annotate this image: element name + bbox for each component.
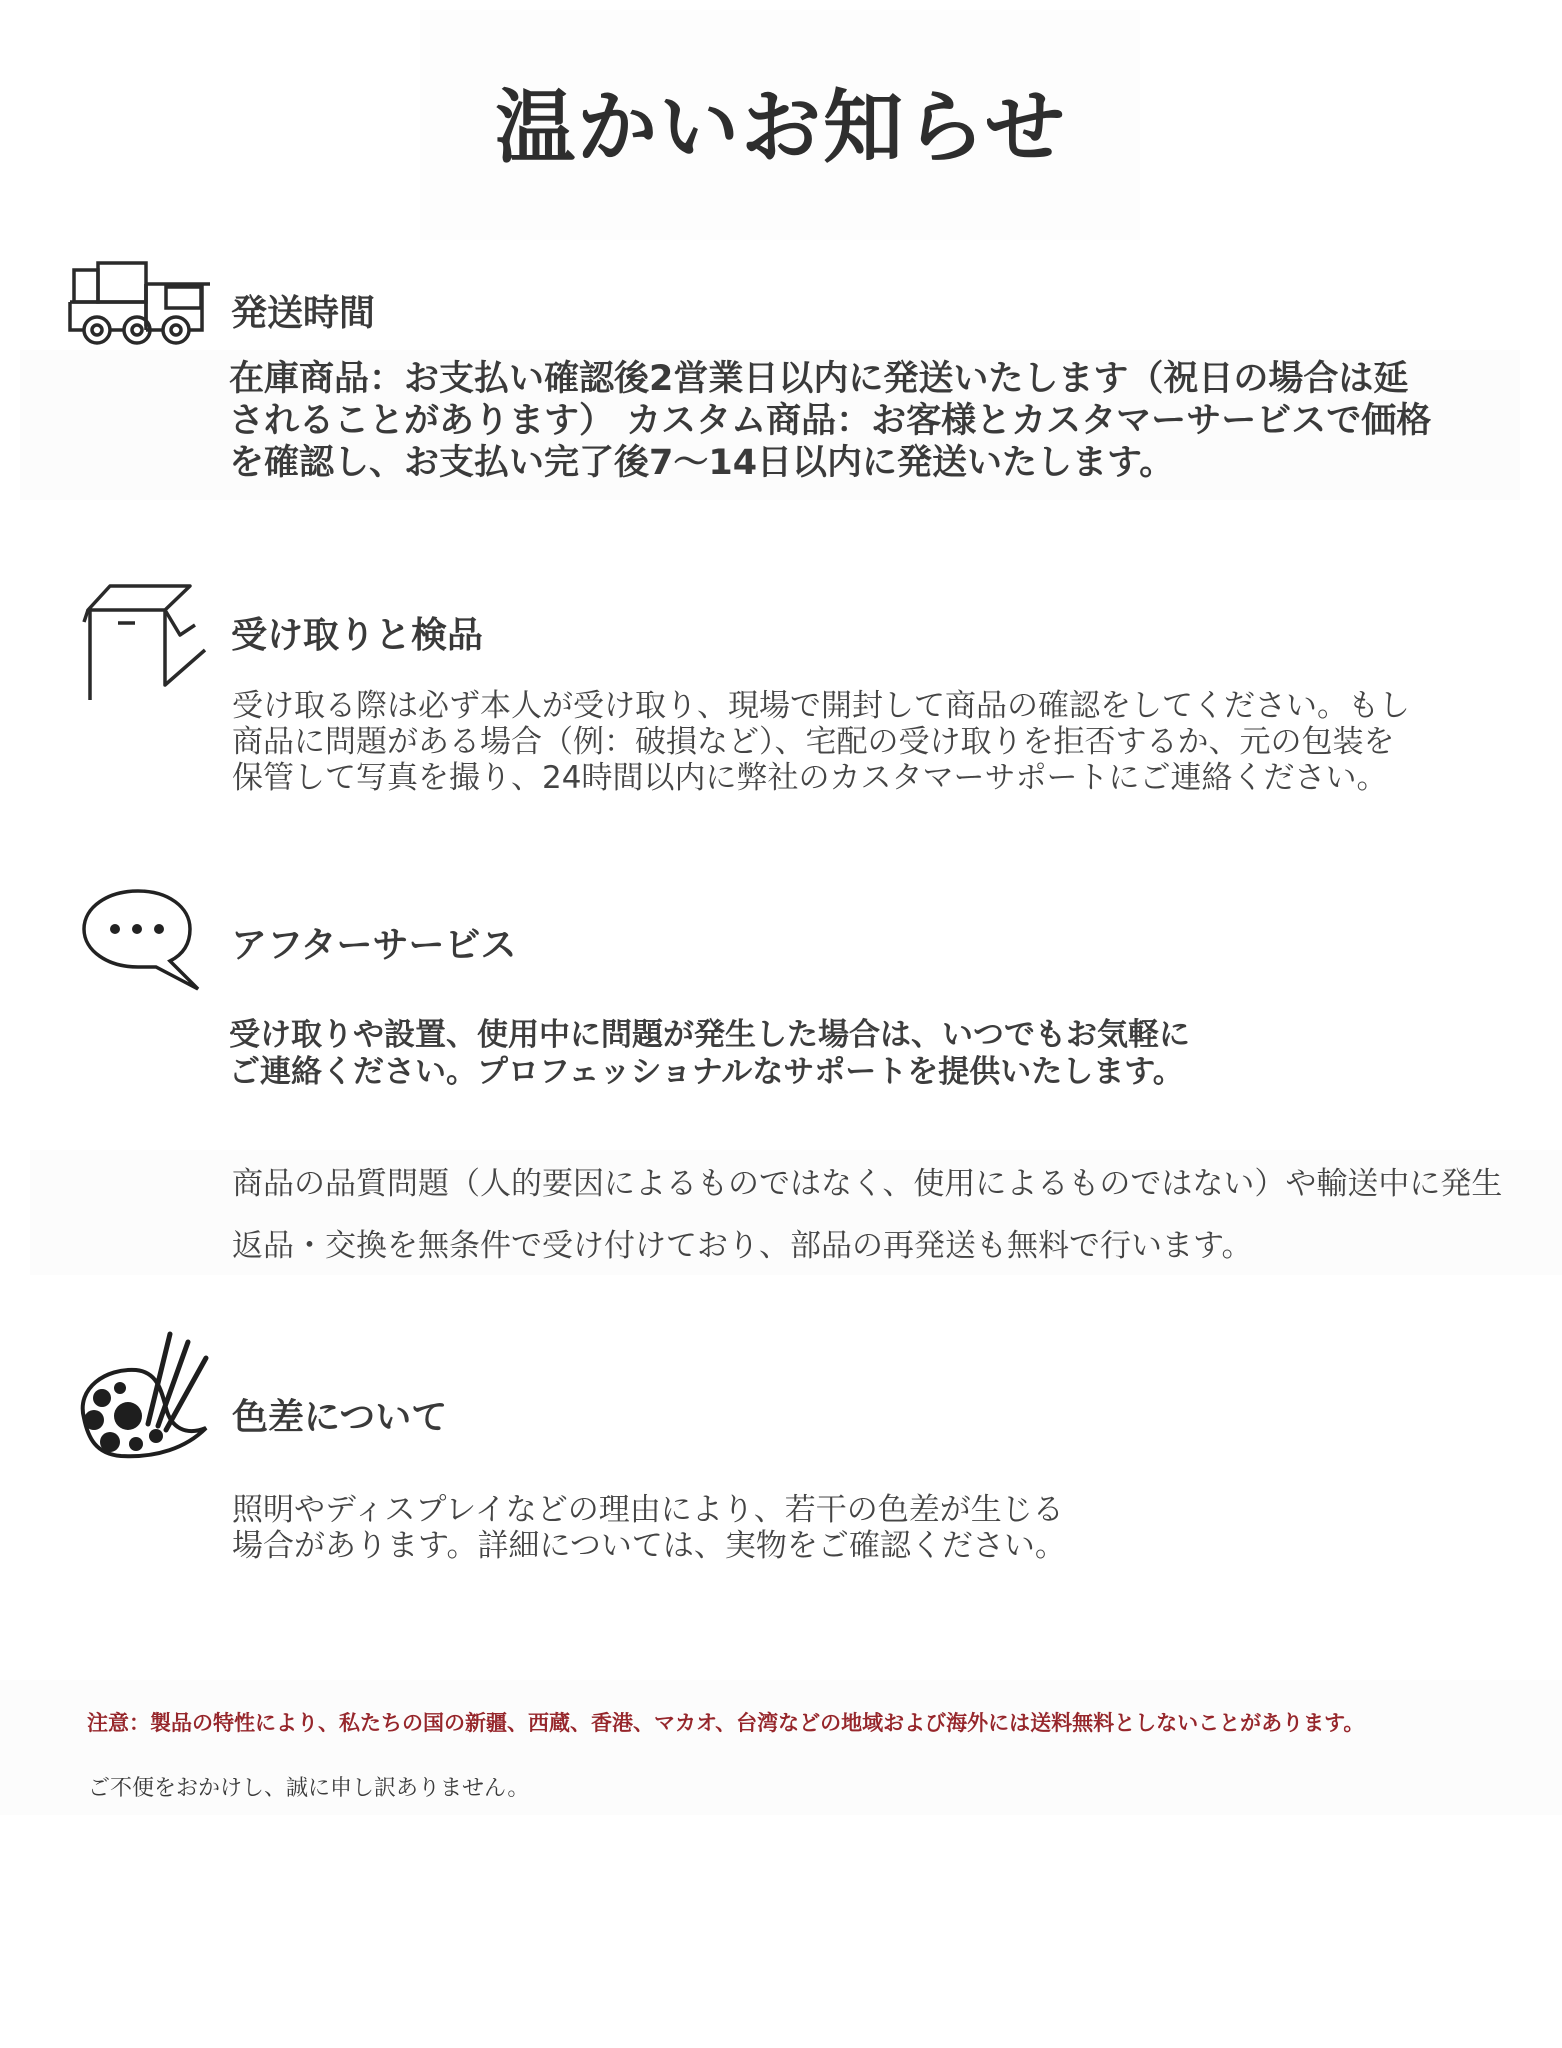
section-body-color-difference: 照明やディスプレイなどの理由により、若干の色差が生じる 場合があります。詳細につ… (232, 1492, 1066, 1564)
chat-bubble-icon (78, 885, 206, 995)
paint-palette-icon (76, 1328, 226, 1466)
section-heading-receiving: 受け取りと検品 (231, 618, 483, 654)
section-body-receiving: 受け取る際は必ず本人が受け取り、現場で開封して商品の確認をしてください。もし 商… (232, 688, 1410, 796)
body-line: 保管して写真を撮り、24時間以内に弊社のカスタマーサポートにご連絡ください。 (232, 760, 1410, 796)
truck-icon (66, 258, 212, 350)
body-line: 受け取る際は必ず本人が受け取り、現場で開封して商品の確認をしてください。もし (232, 688, 1410, 724)
body-line: ご連絡ください。プロフェッショナルなサポートを提供いたします。 (229, 1054, 1190, 1091)
page-title: 温かいお知らせ (0, 88, 1562, 168)
section-heading-color-difference: 色差について (232, 1400, 447, 1436)
body-line: 受け取りや設置、使用中に問題が発生した場合は、いつでもお気軽に (229, 1017, 1190, 1054)
body-line: 商品に問題がある場合（例：破損など）、宅配の受け取りを拒否するか、元の包装を (232, 724, 1410, 760)
apology-text: ご不便をおかけし、誠に申し訳ありません。 (88, 1778, 529, 1800)
body-line: 照明やディスプレイなどの理由により、若干の色差が生じる (232, 1492, 1066, 1528)
body-line: されることがあります） カスタム商品：お客様とカスタマーサービスで価格 (229, 400, 1431, 442)
section-heading-shipping: 発送時間 (231, 296, 375, 332)
body-line: 場合があります。詳細については、実物をご確認ください。 (232, 1528, 1066, 1564)
open-box-icon (80, 580, 210, 705)
body-line: 商品の品質問題（人的要因によるものではなく、使用によるものではない）や輸送中に発… (232, 1166, 1502, 1202)
body-line: 在庫商品：お支払い確認後2営業日以内に発送いたします（祝日の場合は延 (229, 358, 1431, 400)
body-line: 返品・交換を無条件で受け付けており、部品の再発送も無料で行います。 (232, 1228, 1253, 1264)
section-body-after-sales: 受け取りや設置、使用中に問題が発生した場合は、いつでもお気軽に ご連絡ください。… (229, 1017, 1190, 1091)
section-body-shipping: 在庫商品：お支払い確認後2営業日以内に発送いたします（祝日の場合は延 されること… (229, 358, 1431, 484)
body-line: を確認し、お支払い完了後7〜14日以内に発送いたします。 (229, 442, 1431, 484)
section-heading-after-sales: アフターサービス (231, 928, 516, 964)
shipping-restriction-warning: 注意：製品の特性により、私たちの国の新疆、西蔵、香港、マカオ、台湾などの地域およ… (87, 1713, 1364, 1734)
